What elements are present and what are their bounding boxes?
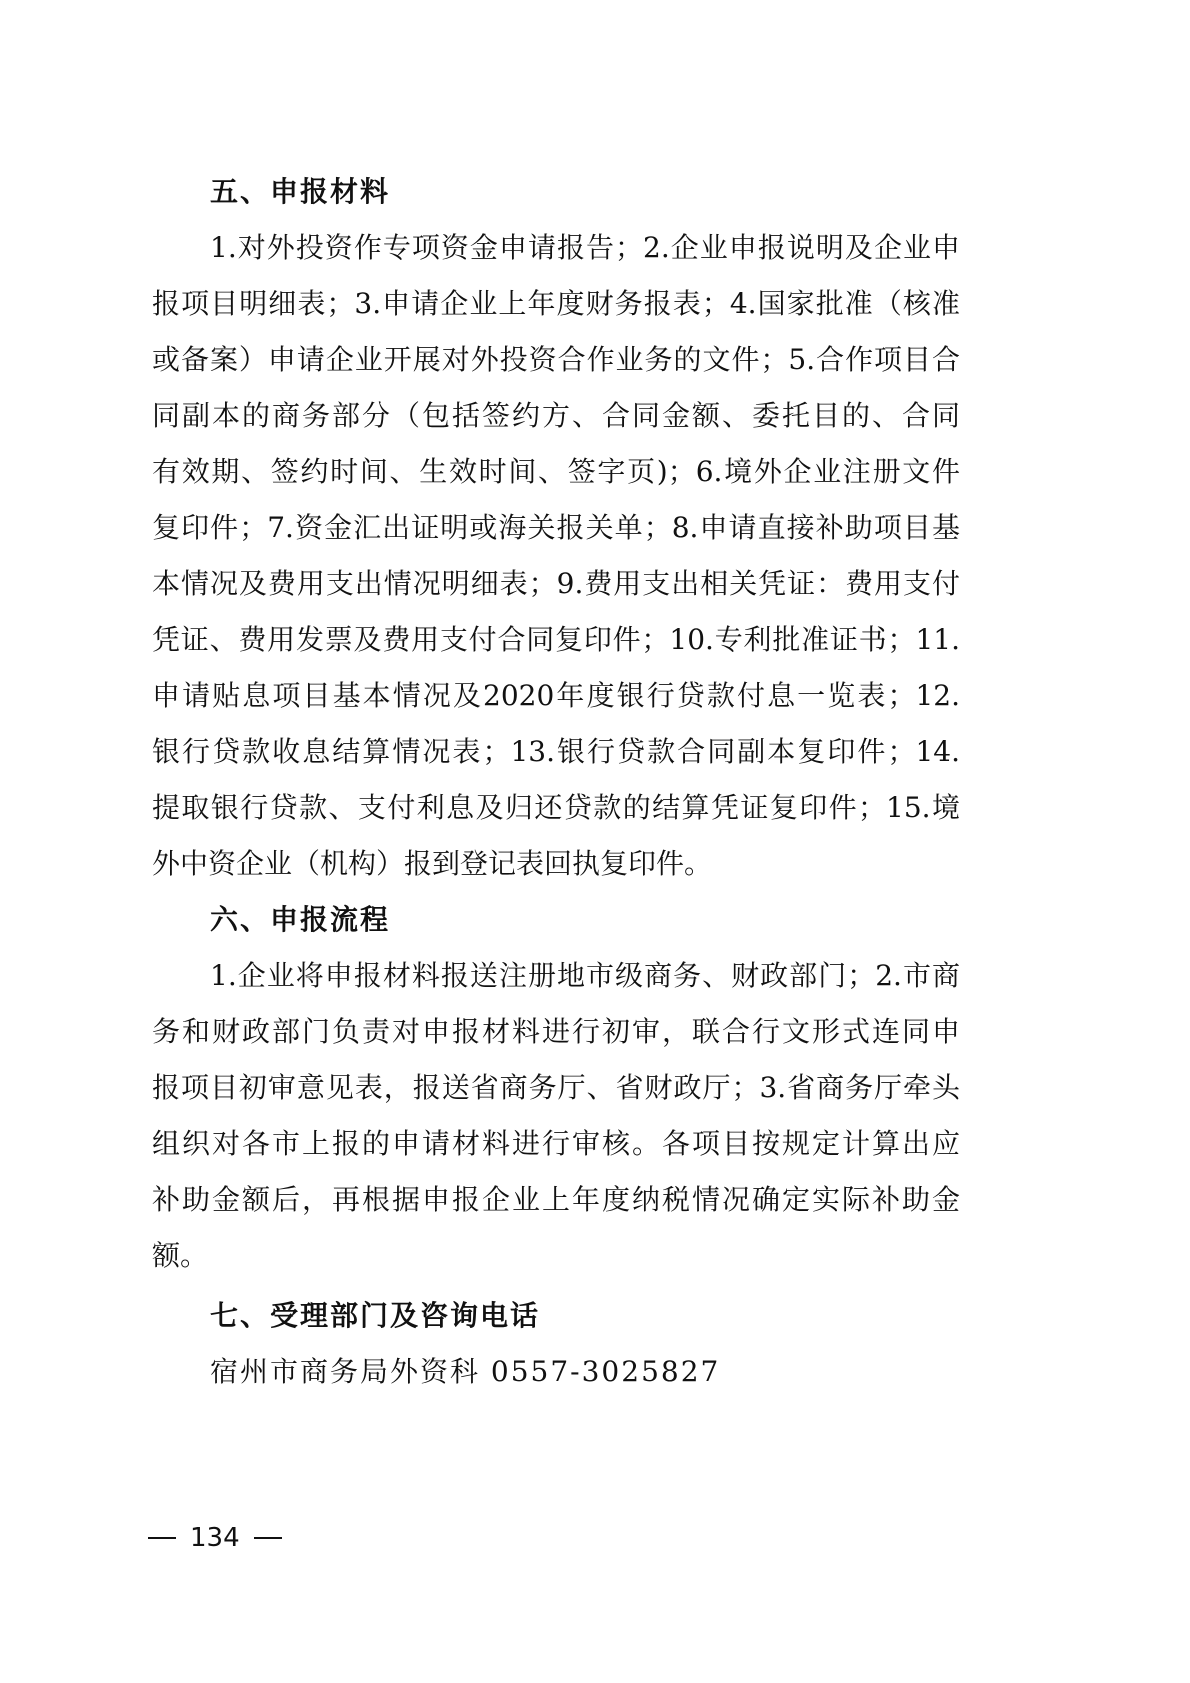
paragraph-line: 额。	[152, 1236, 960, 1276]
paragraph-line: 复印件；7.资金汇出证明或海关报关单；8.申请直接补助项目基	[152, 508, 960, 548]
paragraph-line: 外中资企业（机构）报到登记表回执复印件。	[152, 844, 960, 884]
paragraph-line: 报项目初审意见表，报送省商务厅、省财政厅；3.省商务厅牵头	[152, 1068, 960, 1108]
paragraph-line: 同副本的商务部分（包括签约方、合同金额、委托目的、合同	[152, 396, 960, 436]
paragraph-line: 补助金额后，再根据申报企业上年度纳税情况确定实际补助金	[152, 1180, 960, 1220]
paragraph-line: 有效期、签约时间、生效时间、签字页)；6.境外企业注册文件	[152, 452, 960, 492]
paragraph-line: 本情况及费用支出情况明细表；9.费用支出相关凭证：费用支付	[152, 564, 960, 604]
section-heading-contact: 七、受理部门及咨询电话	[210, 1296, 540, 1336]
paragraph-line: 组织对各市上报的申请材料进行审核。各项目按规定计算出应	[152, 1124, 960, 1164]
section-heading-process: 六、申报流程	[210, 900, 390, 940]
paragraph-line: 凭证、费用发票及费用支付合同复印件；10.专利批准证书；11.	[152, 620, 960, 660]
paragraph-line: 务和财政部门负责对申报材料进行初审，联合行文形式连同申	[152, 1012, 960, 1052]
paragraph-line: 提取银行贷款、支付利息及归还贷款的结算凭证复印件；15.境	[152, 788, 960, 828]
paragraph-line: 或备案）申请企业开展对外投资合作业务的文件；5.合作项目合	[152, 340, 960, 380]
page-number: 134	[190, 1520, 240, 1556]
paragraph-line: 1.企业将申报材料报送注册地市级商务、财政部门；2.市商	[210, 956, 960, 996]
paragraph-line: 报项目明细表；3.申请企业上年度财务报表；4.国家批准（核准	[152, 284, 960, 324]
paragraph-line: 1.对外投资作专项资金申请报告；2.企业申报说明及企业申	[210, 228, 960, 268]
page-number-footer: 134	[148, 1520, 282, 1556]
dash-right-icon	[254, 1537, 282, 1539]
paragraph-line: 银行贷款收息结算情况表；13.银行贷款合同副本复印件；14.	[152, 732, 960, 772]
document-page: 五、申报材料 1.对外投资作专项资金申请报告；2.企业申报说明及企业申 报项目明…	[0, 0, 1190, 1683]
contact-info: 宿州市商务局外资科 0557-3025827	[210, 1352, 720, 1392]
section-heading-materials: 五、申报材料	[210, 172, 390, 212]
dash-left-icon	[148, 1537, 176, 1539]
paragraph-line: 申请贴息项目基本情况及2020年度银行贷款付息一览表；12.	[152, 676, 960, 716]
